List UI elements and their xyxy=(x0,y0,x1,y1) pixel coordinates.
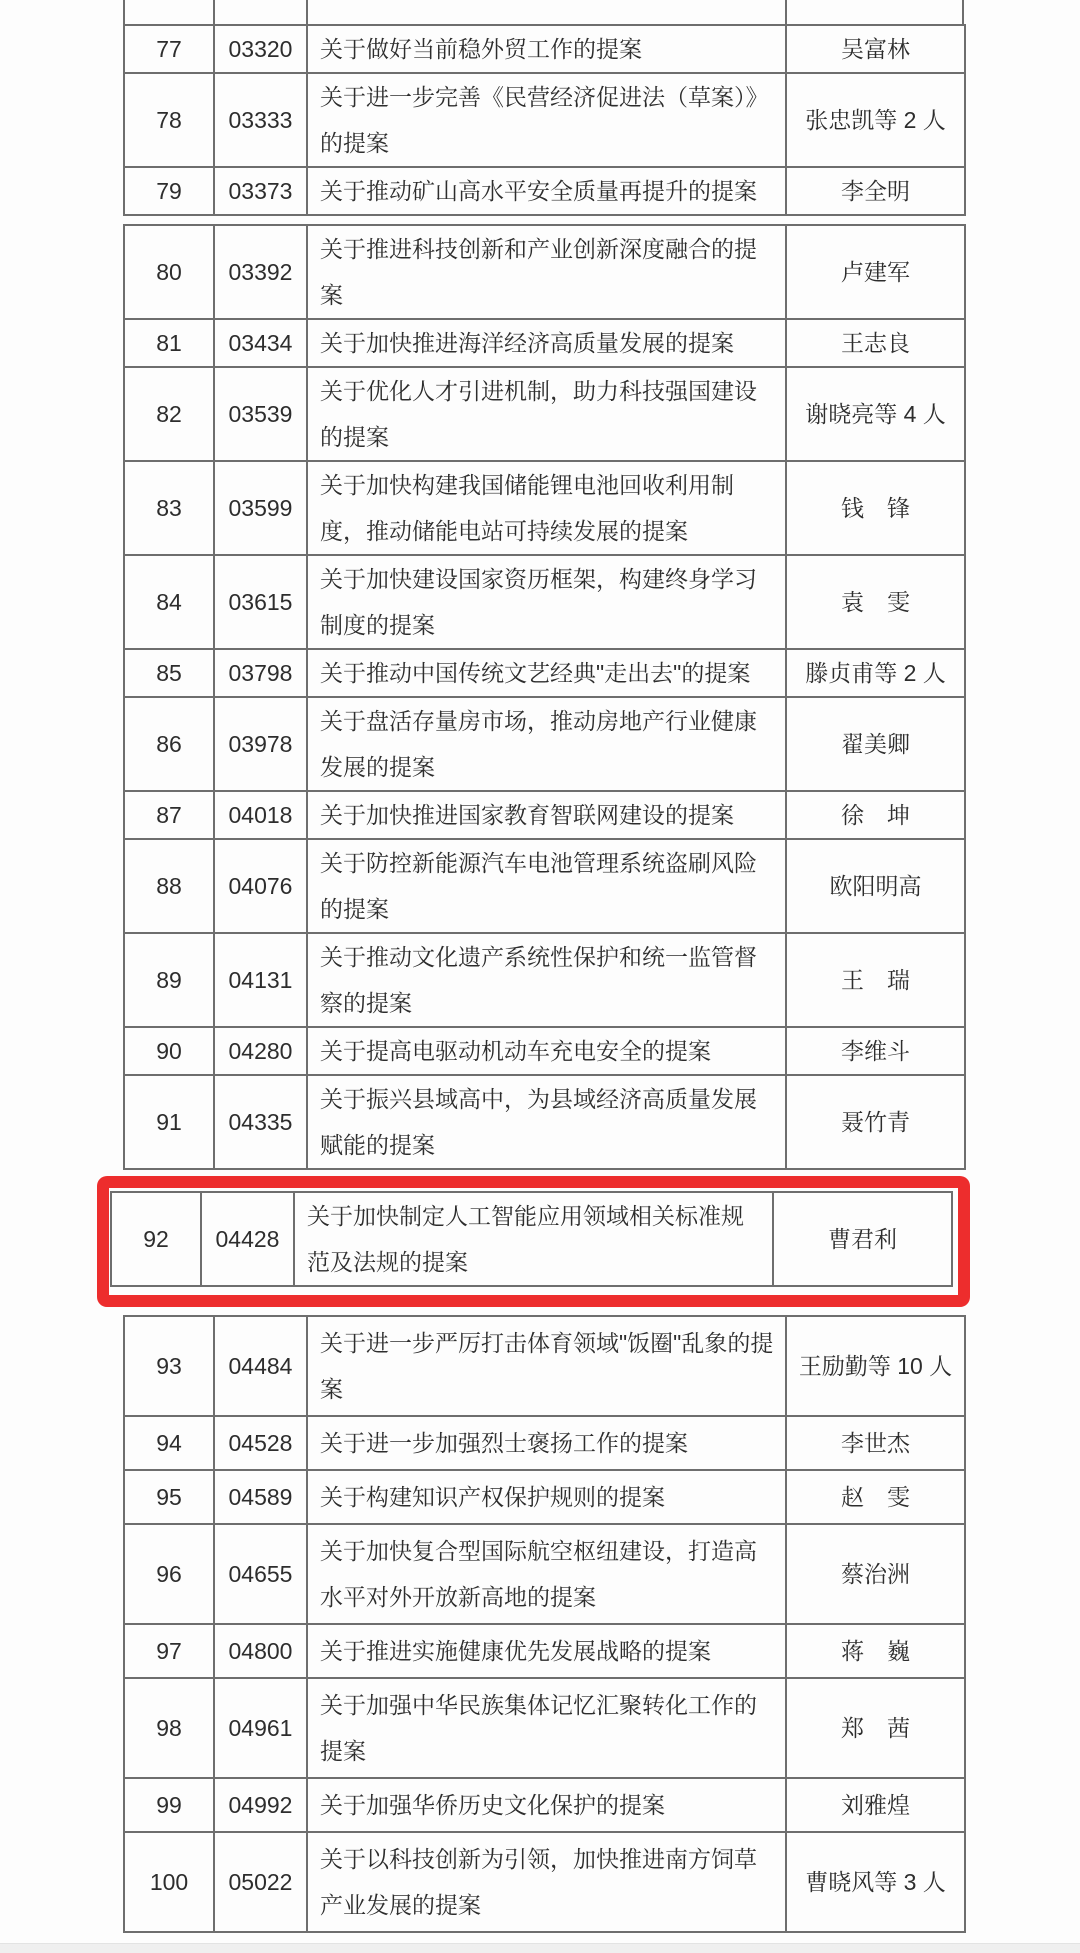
document-page: 77 03320 关于做好当前稳外贸工作的提案 吴富林 78 03333 关于进… xyxy=(0,0,1080,1953)
table-row: 79 03373 关于推动矿山高水平安全质量再提升的提案 李全明 xyxy=(124,167,965,215)
row-index: 77 xyxy=(124,25,214,73)
proposer: 王志良 xyxy=(786,319,965,367)
proposer: 欧阳明高 xyxy=(786,839,965,933)
proposal-number: 03333 xyxy=(214,73,307,167)
table-row: 85 03798 关于推动中国传统文艺经典"走出去"的提案 滕贞甫等 2 人 xyxy=(124,649,965,697)
proposer: 徐 坤 xyxy=(786,791,965,839)
proposal-number: 04961 xyxy=(214,1678,307,1778)
proposal-title: 关于加强华侨历史文化保护的提案 xyxy=(307,1778,786,1832)
proposal-title: 关于防控新能源汽车电池管理系统盗刷风险的提案 xyxy=(307,839,786,933)
proposer: 李维斗 xyxy=(786,1027,965,1075)
highlight-box: 92 04428 关于加快制定人工智能应用领域相关标准规范及法规的提案 曹君利 xyxy=(97,1176,970,1307)
proposal-number: 03599 xyxy=(214,461,307,555)
proposal-title: 关于加快推进国家教育智联网建设的提案 xyxy=(307,791,786,839)
row-index: 100 xyxy=(124,1832,214,1932)
proposer: 李世杰 xyxy=(786,1416,965,1470)
row-index: 95 xyxy=(124,1470,214,1524)
row-index: 99 xyxy=(124,1778,214,1832)
proposer: 郑 茜 xyxy=(786,1678,965,1778)
proposal-number: 04484 xyxy=(214,1316,307,1416)
row-index: 96 xyxy=(124,1524,214,1624)
proposal-number: 03373 xyxy=(214,167,307,215)
proposal-title: 关于做好当前稳外贸工作的提案 xyxy=(307,25,786,73)
proposer: 聂竹青 xyxy=(786,1075,965,1169)
proposal-number: 04076 xyxy=(214,839,307,933)
row-index: 92 xyxy=(111,1192,201,1286)
table-row: 84 03615 关于加快建设国家资历框架，构建终身学习制度的提案 袁 雯 xyxy=(124,555,965,649)
proposal-table-segment-b: 80 03392 关于推进科技创新和产业创新深度融合的提案 卢建军 81 034… xyxy=(123,224,966,1170)
proposal-title: 关于加强中华民族集体记忆汇聚转化工作的提案 xyxy=(307,1678,786,1778)
table-row: 89 04131 关于推动文化遗产系统性保护和统一监管督察的提案 王 瑞 xyxy=(124,933,965,1027)
row-index: 79 xyxy=(124,167,214,215)
proposal-number: 04800 xyxy=(214,1624,307,1678)
row-index: 87 xyxy=(124,791,214,839)
proposer: 卢建军 xyxy=(786,225,965,319)
cutoff-cell xyxy=(306,0,785,24)
row-index: 85 xyxy=(124,649,214,697)
row-index: 90 xyxy=(124,1027,214,1075)
table-row: 88 04076 关于防控新能源汽车电池管理系统盗刷风险的提案 欧阳明高 xyxy=(124,839,965,933)
table-row: 96 04655 关于加快复合型国际航空枢纽建设，打造高水平对外开放新高地的提案… xyxy=(124,1524,965,1624)
row-index: 94 xyxy=(124,1416,214,1470)
proposal-title: 关于优化人才引进机制，助力科技强国建设的提案 xyxy=(307,367,786,461)
table-row: 92 04428 关于加快制定人工智能应用领域相关标准规范及法规的提案 曹君利 xyxy=(111,1192,952,1286)
proposer: 袁 雯 xyxy=(786,555,965,649)
proposal-title: 关于进一步严厉打击体育领域"饭圈"乱象的提案 xyxy=(307,1316,786,1416)
table-row: 95 04589 关于构建知识产权保护规则的提案 赵 雯 xyxy=(124,1470,965,1524)
proposal-title: 关于加快复合型国际航空枢纽建设，打造高水平对外开放新高地的提案 xyxy=(307,1524,786,1624)
proposer: 曹君利 xyxy=(773,1192,952,1286)
table-row: 90 04280 关于提高电驱动机动车充电安全的提案 李维斗 xyxy=(124,1027,965,1075)
proposal-table-segment-a: 77 03320 关于做好当前稳外贸工作的提案 吴富林 78 03333 关于进… xyxy=(123,24,966,216)
proposal-number: 04018 xyxy=(214,791,307,839)
table-row: 93 04484 关于进一步严厉打击体育领域"饭圈"乱象的提案 王励勤等 10 … xyxy=(124,1316,965,1416)
row-index: 78 xyxy=(124,73,214,167)
proposer: 王 瑞 xyxy=(786,933,965,1027)
proposal-number: 04428 xyxy=(201,1192,294,1286)
proposal-number: 03434 xyxy=(214,319,307,367)
proposal-table-segment-highlighted: 92 04428 关于加快制定人工智能应用领域相关标准规范及法规的提案 曹君利 xyxy=(110,1191,953,1287)
proposer: 曹晓风等 3 人 xyxy=(786,1832,965,1932)
proposal-number: 03320 xyxy=(214,25,307,73)
row-index: 86 xyxy=(124,697,214,791)
table-row: 83 03599 关于加快构建我国储能锂电池回收利用制度，推动储能电站可持续发展… xyxy=(124,461,965,555)
row-index: 89 xyxy=(124,933,214,1027)
cutoff-cell xyxy=(123,0,213,24)
proposal-number: 04589 xyxy=(214,1470,307,1524)
row-index: 97 xyxy=(124,1624,214,1678)
row-index: 91 xyxy=(124,1075,214,1169)
proposal-number: 03798 xyxy=(214,649,307,697)
proposer: 蔡治洲 xyxy=(786,1524,965,1624)
proposer: 钱 锋 xyxy=(786,461,965,555)
table-row: 94 04528 关于进一步加强烈士褒扬工作的提案 李世杰 xyxy=(124,1416,965,1470)
table-row: 86 03978 关于盘活存量房市场，推动房地产行业健康发展的提案 翟美卿 xyxy=(124,697,965,791)
proposal-title: 关于盘活存量房市场，推动房地产行业健康发展的提案 xyxy=(307,697,786,791)
proposer: 张忠凯等 2 人 xyxy=(786,73,965,167)
proposal-title: 关于进一步完善《民营经济促进法（草案）》的提案 xyxy=(307,73,786,167)
table-row: 82 03539 关于优化人才引进机制，助力科技强国建设的提案 谢晓亮等 4 人 xyxy=(124,367,965,461)
table-cutoff-top xyxy=(123,0,964,24)
proposal-title: 关于振兴县域高中，为县域经济高质量发展赋能的提案 xyxy=(307,1075,786,1169)
table-row: 77 03320 关于做好当前稳外贸工作的提案 吴富林 xyxy=(124,25,965,73)
proposal-title: 关于加快建设国家资历框架，构建终身学习制度的提案 xyxy=(307,555,786,649)
proposal-title: 关于加快制定人工智能应用领域相关标准规范及法规的提案 xyxy=(294,1192,773,1286)
proposal-title: 关于推动中国传统文艺经典"走出去"的提案 xyxy=(307,649,786,697)
table-row: 99 04992 关于加强华侨历史文化保护的提案 刘雅煌 xyxy=(124,1778,965,1832)
proposer: 翟美卿 xyxy=(786,697,965,791)
proposer: 吴富林 xyxy=(786,25,965,73)
proposal-number: 05022 xyxy=(214,1832,307,1932)
row-index: 88 xyxy=(124,839,214,933)
proposal-number: 03539 xyxy=(214,367,307,461)
cutoff-cell xyxy=(785,0,964,24)
proposal-number: 04655 xyxy=(214,1524,307,1624)
proposer: 王励勤等 10 人 xyxy=(786,1316,965,1416)
proposer: 谢晓亮等 4 人 xyxy=(786,367,965,461)
proposal-title: 关于推动矿山高水平安全质量再提升的提案 xyxy=(307,167,786,215)
table-row: 80 03392 关于推进科技创新和产业创新深度融合的提案 卢建军 xyxy=(124,225,965,319)
row-index: 84 xyxy=(124,555,214,649)
proposal-title: 关于以科技创新为引领，加快推进南方饲草产业发展的提案 xyxy=(307,1832,786,1932)
proposal-title: 关于进一步加强烈士褒扬工作的提案 xyxy=(307,1416,786,1470)
proposal-title: 关于推进实施健康优先发展战略的提案 xyxy=(307,1624,786,1678)
table-row: 100 05022 关于以科技创新为引领，加快推进南方饲草产业发展的提案 曹晓风… xyxy=(124,1832,965,1932)
proposer: 李全明 xyxy=(786,167,965,215)
proposal-title: 关于构建知识产权保护规则的提案 xyxy=(307,1470,786,1524)
row-index: 81 xyxy=(124,319,214,367)
table-row: 87 04018 关于加快推进国家教育智联网建设的提案 徐 坤 xyxy=(124,791,965,839)
table-row: 97 04800 关于推进实施健康优先发展战略的提案 蒋 巍 xyxy=(124,1624,965,1678)
row-index: 82 xyxy=(124,367,214,461)
proposal-number: 04992 xyxy=(214,1778,307,1832)
proposal-number: 03978 xyxy=(214,697,307,791)
proposer: 滕贞甫等 2 人 xyxy=(786,649,965,697)
row-index: 83 xyxy=(124,461,214,555)
proposer: 蒋 巍 xyxy=(786,1624,965,1678)
row-index: 98 xyxy=(124,1678,214,1778)
row-index: 93 xyxy=(124,1316,214,1416)
table-row: 78 03333 关于进一步完善《民营经济促进法（草案）》的提案 张忠凯等 2 … xyxy=(124,73,965,167)
proposal-title: 关于推动文化遗产系统性保护和统一监管督察的提案 xyxy=(307,933,786,1027)
proposal-number: 04528 xyxy=(214,1416,307,1470)
table-row: 98 04961 关于加强中华民族集体记忆汇聚转化工作的提案 郑 茜 xyxy=(124,1678,965,1778)
table-row: 91 04335 关于振兴县域高中，为县域经济高质量发展赋能的提案 聂竹青 xyxy=(124,1075,965,1169)
proposal-number: 04335 xyxy=(214,1075,307,1169)
proposal-title: 关于推进科技创新和产业创新深度融合的提案 xyxy=(307,225,786,319)
proposer: 赵 雯 xyxy=(786,1470,965,1524)
proposal-number: 03392 xyxy=(214,225,307,319)
proposal-title: 关于提高电驱动机动车充电安全的提案 xyxy=(307,1027,786,1075)
proposer: 刘雅煌 xyxy=(786,1778,965,1832)
proposal-title: 关于加快构建我国储能锂电池回收利用制度，推动储能电站可持续发展的提案 xyxy=(307,461,786,555)
row-index: 80 xyxy=(124,225,214,319)
table-row: 81 03434 关于加快推进海洋经济高质量发展的提案 王志良 xyxy=(124,319,965,367)
proposal-number: 04131 xyxy=(214,933,307,1027)
bottom-strip xyxy=(0,1943,1080,1953)
proposal-table-segment-c: 93 04484 关于进一步严厉打击体育领域"饭圈"乱象的提案 王励勤等 10 … xyxy=(123,1315,966,1933)
cutoff-cell xyxy=(213,0,306,24)
proposal-number: 03615 xyxy=(214,555,307,649)
proposal-number: 04280 xyxy=(214,1027,307,1075)
proposal-title: 关于加快推进海洋经济高质量发展的提案 xyxy=(307,319,786,367)
